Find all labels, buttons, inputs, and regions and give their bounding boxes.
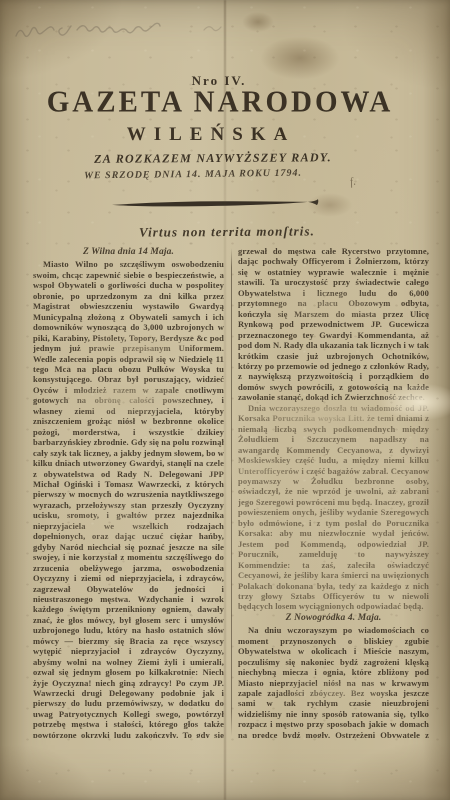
newspaper-subtitle: WILEŃSKA: [0, 124, 436, 146]
article-paragraph: Na dniu wczorayszym po wiadomościach co …: [238, 625, 429, 738]
authority-line: ZA ROZKAZEM NAYWYŻSZEY RADY.: [0, 149, 438, 167]
header-rule: [112, 197, 324, 211]
article-paragraph: Miasto Wilno po szczęśliwym oswobodzeniu…: [33, 259, 224, 738]
article-paragraph-faded: Dnia wczorayszego doszła tu wiadomość od…: [238, 403, 429, 612]
right-column: grzewał do męstwa całe Rycerstwo przytom…: [238, 246, 429, 738]
newspaper-title: GAZETA NARODOWA: [0, 85, 445, 119]
article-heading-wilno: Z Wilna dnia 14 Maja.: [33, 247, 224, 257]
newspaper-page: Nro IV. GAZETA NARODOWA WILEŃSKA ZA ROZK…: [0, 0, 450, 800]
motto: Virtus non territa monſtris.: [2, 222, 450, 241]
left-column: Z Wilna dnia 14 Maja. Miasto Wilno po sz…: [33, 246, 224, 738]
column-divider: [231, 248, 232, 736]
article-paragraph-continuation: grzewał do męstwa całe Rycerstwo przytom…: [238, 246, 429, 403]
handwritten-inscription: [8, 12, 238, 52]
article-heading-nowogrodek: Z Nowogródka 4. Maja.: [238, 613, 429, 623]
article-columns: Z Wilna dnia 14 Maja. Miasto Wilno po sz…: [33, 246, 429, 738]
